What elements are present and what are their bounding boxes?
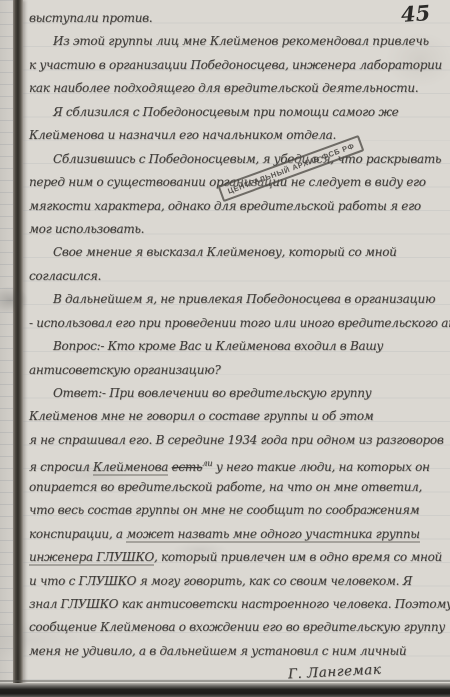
manuscript-line: - использовал его при проведении того ил… <box>29 312 445 335</box>
manuscript-text: и что с ГЛУШКО я могу говорить, как со с… <box>29 574 412 588</box>
manuscript-line: и что с ГЛУШКО я могу говорить, как со с… <box>29 570 445 593</box>
page-left-margin <box>0 0 13 697</box>
manuscript-text: инженера ГЛУШКО <box>29 550 154 566</box>
manuscript-text: как наиболее подходящего для вредительск… <box>29 81 418 95</box>
manuscript-text: знал ГЛУШКО как антисоветски настроенног… <box>29 597 450 611</box>
page-bottom-edge <box>0 683 450 697</box>
manuscript-text: может назвать мне одного участника групп… <box>126 527 420 543</box>
manuscript-line: как наиболее подходящего для вредительск… <box>29 77 445 100</box>
manuscript-line: Сблизившись с Победоносцевым, я убедился… <box>29 148 445 171</box>
manuscript-text: ли <box>202 458 212 468</box>
manuscript-text: мог использовать. <box>29 222 144 236</box>
manuscript-text: конспирации, а <box>29 527 126 541</box>
manuscript-text: согласился. <box>29 269 101 283</box>
manuscript-text: у него такие люди, на которых он <box>212 460 429 474</box>
manuscript-line: конспирации, а может назвать мне одного … <box>29 523 445 546</box>
manuscript-line: Я сблизился с Победоносцевым при помощи … <box>29 101 445 124</box>
manuscript-text: Клейменов мне не говорил о составе групп… <box>29 409 373 423</box>
manuscript-text: я не спрашивал его. В середине 1934 года… <box>29 433 444 447</box>
manuscript-line: сообщение Клейменова о вхождении его во … <box>29 616 445 639</box>
manuscript-text: Клейменова <box>93 460 168 476</box>
manuscript-text: сообщение Клейменова о вхождении его во … <box>29 620 445 634</box>
manuscript-line: я спросил Клейменова естьли у него такие… <box>29 452 445 475</box>
manuscript-line: мягкости характера, однако для вредитель… <box>29 195 445 218</box>
manuscript-text: я спросил <box>29 460 93 474</box>
manuscript-text: опирается во вредительской работе, на чт… <box>29 480 422 494</box>
manuscript-text: Я сблизился с Победоносцевым при помощи … <box>53 105 398 119</box>
manuscript-line: что весь состав группы он мне не сообщит… <box>29 499 445 522</box>
manuscript-text: В дальнейшем я, не привлекая Победоносце… <box>53 292 435 306</box>
manuscript-line: знал ГЛУШКО как антисоветски настроенног… <box>29 593 445 616</box>
manuscript-line: выступали против. <box>29 7 445 30</box>
manuscript: выступали против.Из этой группы лиц мне … <box>29 7 445 663</box>
manuscript-line: Вопрос:- Кто кроме Вас и Клейменова вход… <box>29 335 445 358</box>
manuscript-line: инженера ГЛУШКО, который привлечен им в … <box>29 546 445 569</box>
manuscript-text: Вопрос:- Кто кроме Вас и Клейменова вход… <box>53 339 383 353</box>
manuscript-line: мог использовать. <box>29 218 445 241</box>
manuscript-text: Из этой группы лиц мне Клейменов рекомен… <box>53 34 429 48</box>
manuscript-text: Сблизившись с Победоносцевым, я убедился… <box>53 152 441 166</box>
manuscript-line: Свое мнение я высказал Клейменову, котор… <box>29 241 445 264</box>
manuscript-text: выступали против. <box>29 11 152 25</box>
scanned-page: 45 выступали против.Из этой группы лиц м… <box>0 0 450 697</box>
manuscript-text: , который привлечен им в одно время со м… <box>154 550 442 564</box>
manuscript-line: опирается во вредительской работе, на чт… <box>29 476 445 499</box>
manuscript-line: Клейменов мне не говорил о составе групп… <box>29 405 445 428</box>
manuscript-text: Свое мнение я высказал Клейменову, котор… <box>53 245 397 259</box>
binding-fold-shadow <box>13 0 23 697</box>
manuscript-line: В дальнейшем я, не привлекая Победоносце… <box>29 288 445 311</box>
manuscript-line: антисоветскую организацию? <box>29 359 445 382</box>
manuscript-text: есть <box>172 460 203 474</box>
manuscript-line: Из этой группы лиц мне Клейменов рекомен… <box>29 30 445 53</box>
manuscript-line: Клейменова и назначил его начальником от… <box>29 124 445 147</box>
manuscript-text: - использовал его при проведении того ил… <box>29 316 450 330</box>
manuscript-line: меня не удивило, а в дальнейшем я устано… <box>29 640 445 663</box>
manuscript-text: Клейменова и назначил его начальником от… <box>29 128 336 142</box>
manuscript-text: к участию в организации Победоносцева, и… <box>29 58 442 72</box>
manuscript-line: согласился. <box>29 265 445 288</box>
manuscript-line: к участию в организации Победоносцева, и… <box>29 54 445 77</box>
manuscript-text: Ответ:- При вовлечении во вредительскую … <box>53 386 371 400</box>
manuscript-text: антисоветскую организацию? <box>29 363 221 377</box>
manuscript-text: что весь состав группы он мне не сообщит… <box>29 503 419 517</box>
manuscript-line: Ответ:- При вовлечении во вредительскую … <box>29 382 445 405</box>
manuscript-line: я не спрашивал его. В середине 1934 года… <box>29 429 445 452</box>
manuscript-text: меня не удивило, а в дальнейшем я устано… <box>29 644 406 658</box>
